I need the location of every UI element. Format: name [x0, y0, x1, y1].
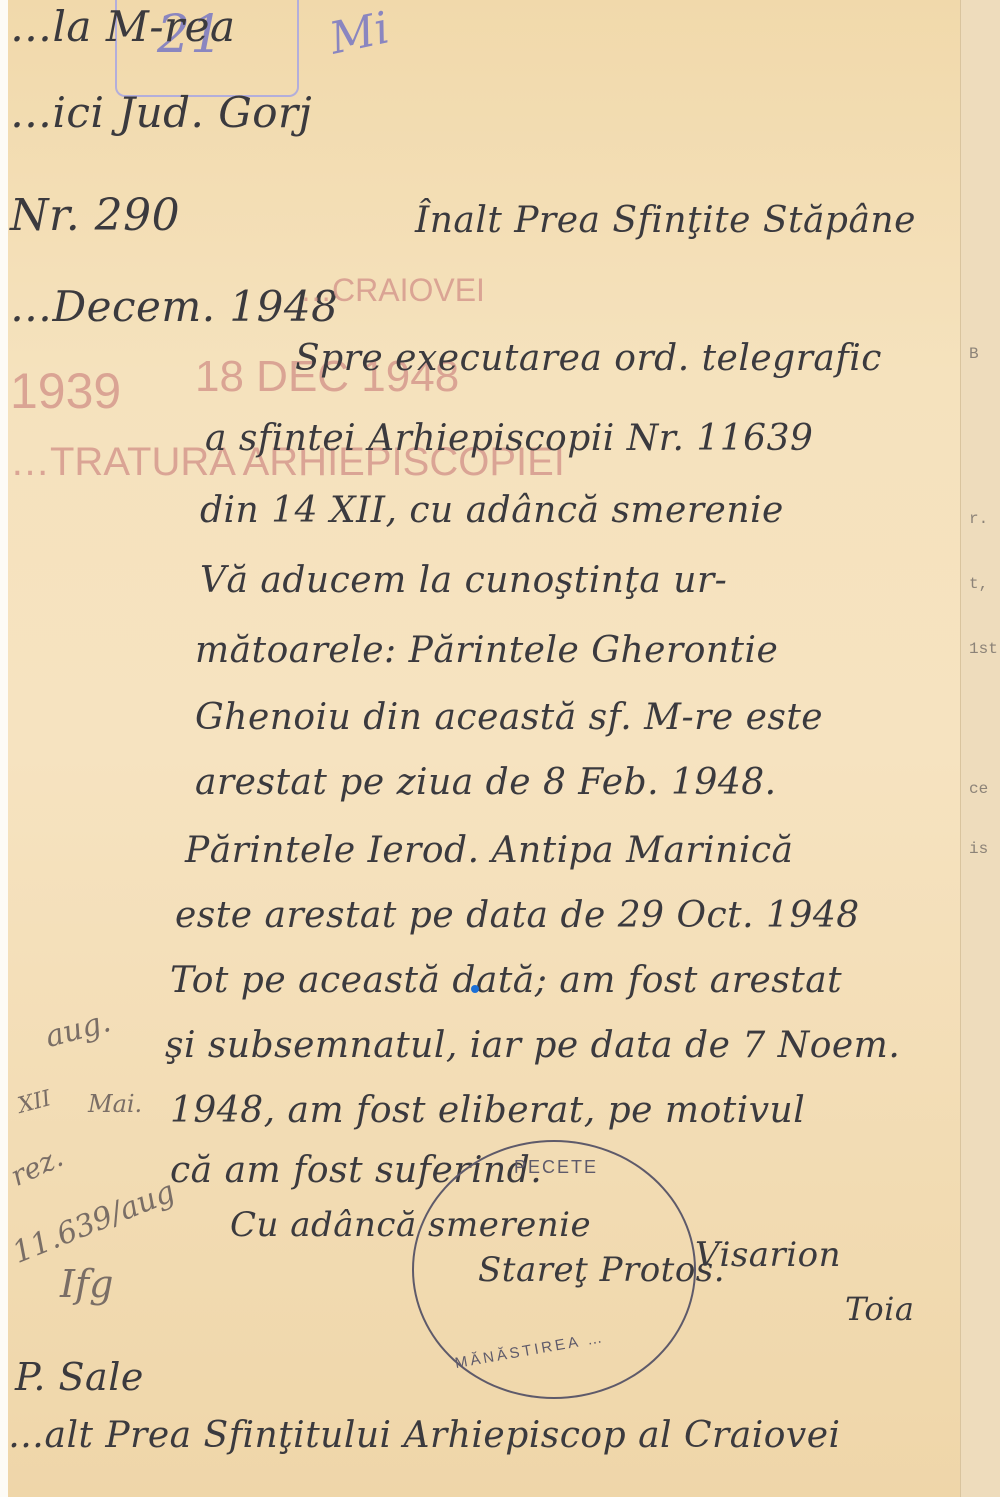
body-line: a sfintei Arhiepiscopii Nr. 11639	[205, 418, 813, 459]
body-line: din 14 XII, cu adâncă smerenie	[200, 490, 784, 531]
document-page: B r. t, 1st ce is 21 Mi …la M-rea …ici J…	[0, 0, 1000, 1497]
margin-initials: Ifg	[60, 1262, 113, 1306]
scan-left-margin	[0, 0, 8, 1497]
underlying-typed-page: B r. t, 1st ce is	[960, 0, 1000, 1497]
body-line: mătoarele: Părintele Gherontie	[195, 630, 778, 671]
body-line: Ghenoiu din această sf. M-re este	[195, 697, 823, 738]
signature-first-name: Visarion	[695, 1235, 841, 1275]
margin-note: XII	[15, 1086, 53, 1119]
margin-note: rez.	[6, 1140, 69, 1193]
typed-fragment: t,	[969, 575, 988, 593]
body-line: Părintele Ierod. Antipa Marinică	[185, 830, 793, 871]
monastery-seal: PECETE MĂNĂSTIREA …	[412, 1140, 696, 1399]
header-monastery: …la M-rea	[10, 2, 236, 51]
body-line: arestat pe ziua de 8 Feb. 1948.	[195, 762, 777, 803]
body-line: Tot pe această dată; am fost arestat	[170, 960, 842, 1001]
red-stamp-number: 1939	[10, 362, 121, 420]
addressee-short: P. Sale	[15, 1355, 144, 1399]
typed-fragment: ce	[969, 780, 988, 798]
salutation: Înalt Prea Sfinţite Stăpâne	[415, 200, 916, 241]
typed-fragment: is	[969, 840, 988, 858]
pencil-note-top: Mi	[325, 2, 393, 64]
body-line: 1948, am fost eliberat, pe motivul	[170, 1090, 805, 1131]
typed-fragment: r.	[969, 510, 988, 528]
body-line: Vă aducem la cunoştinţa ur-	[200, 560, 727, 601]
margin-note: Mai.	[88, 1090, 142, 1118]
body-line: este arestat pe data de 29 Oct. 1948	[175, 895, 860, 936]
seal-top-text: PECETE	[514, 1157, 598, 1178]
typed-fragment: B	[969, 345, 979, 363]
signature-last-name: Toia	[845, 1290, 914, 1328]
cursor-marker	[471, 985, 479, 993]
header-county: …ici Jud. Gorj	[10, 88, 312, 137]
red-stamp-line1: …CRAIOVEI	[300, 272, 485, 309]
body-line: Spre executarea ord. telegrafic	[295, 338, 882, 379]
header-date: …Decem. 1948	[10, 282, 338, 331]
body-line: şi subsemnatul, iar pe data de 7 Noem.	[165, 1025, 900, 1066]
margin-note-reference: 11.639/aug	[8, 1174, 180, 1271]
addressee: …alt Prea Sfinţitului Arhiepiscop al Cra…	[8, 1415, 841, 1456]
margin-note: aug.	[42, 1004, 115, 1055]
typed-fragment: 1st	[969, 640, 998, 658]
seal-bottom-text: MĂNĂSTIREA …	[454, 1329, 607, 1372]
header-number: Nr. 290	[10, 190, 180, 241]
